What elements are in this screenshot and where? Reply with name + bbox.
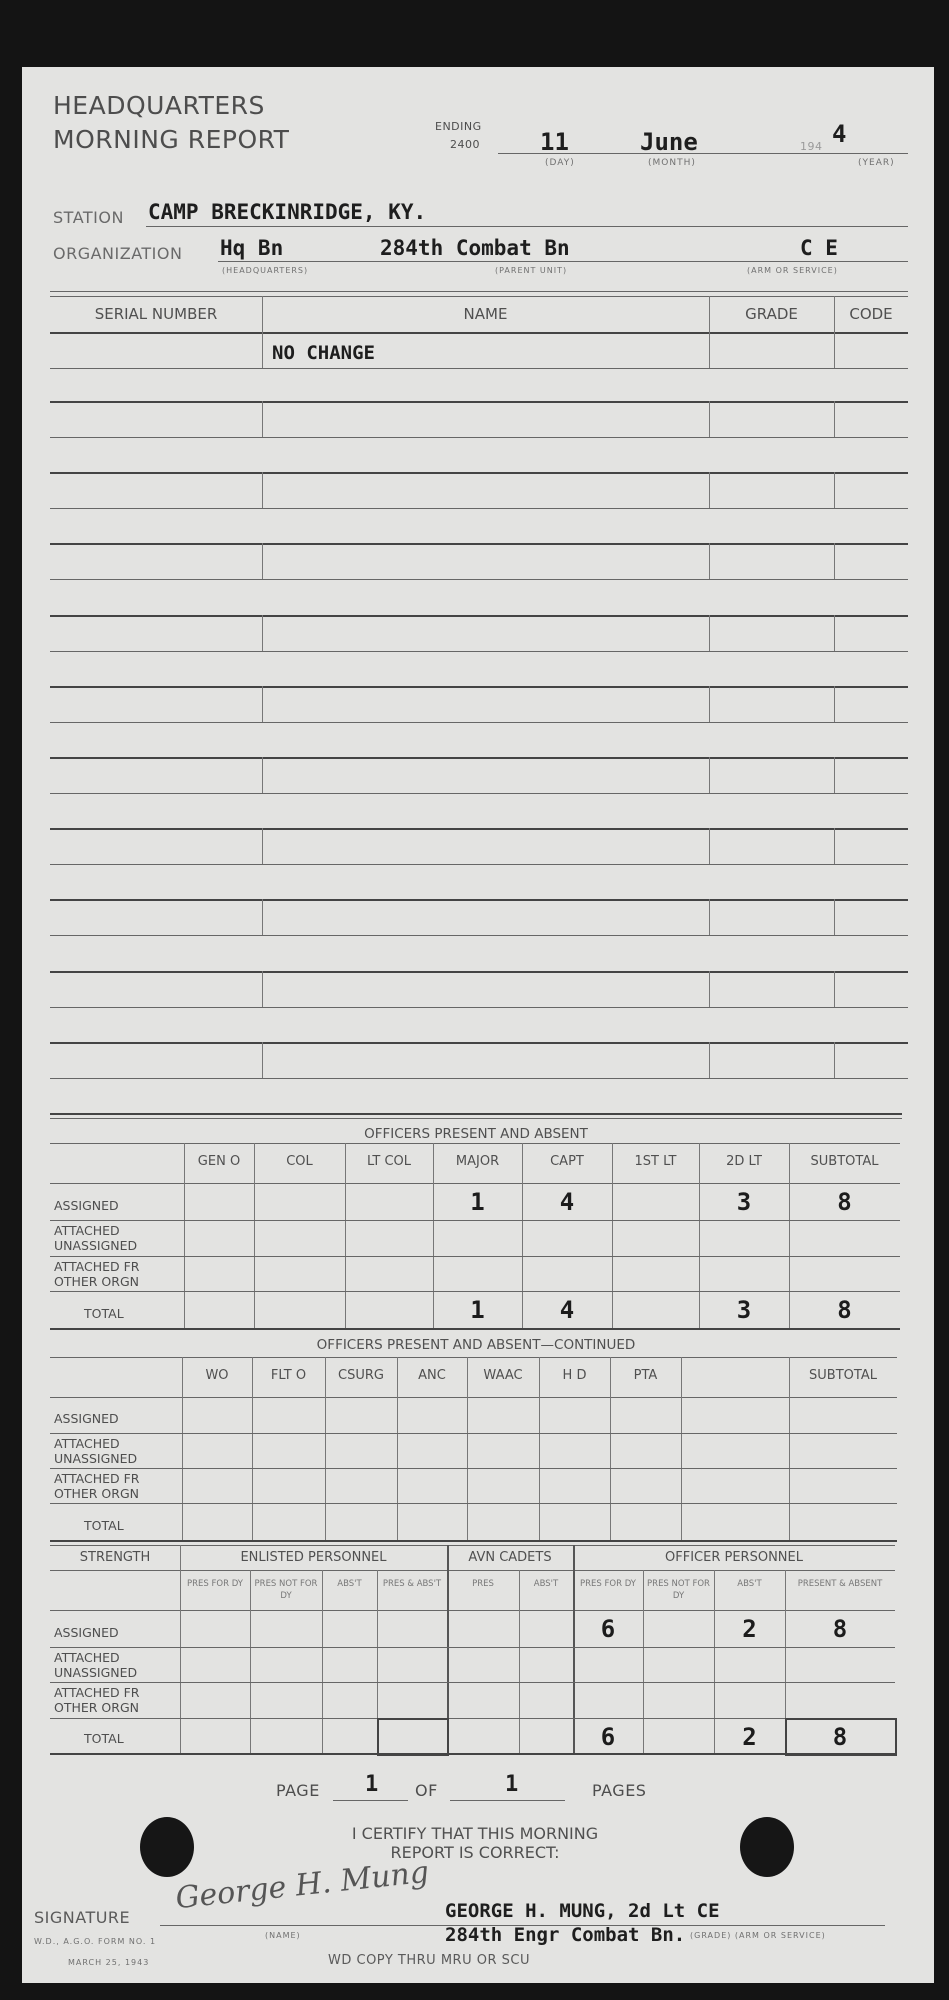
form-title-line1: HEADQUARTERS	[53, 92, 265, 120]
col-divider	[709, 971, 710, 1007]
row-label: ASSIGNED	[54, 1411, 174, 1426]
column-header: MAJOR	[433, 1154, 522, 1169]
enlisted-total-box	[377, 1718, 449, 1756]
col-divider	[262, 543, 263, 579]
signature-label: SIGNATURE	[34, 1908, 130, 1927]
strength-label: STRENGTH	[50, 1550, 180, 1565]
header-bottom-line	[50, 1397, 897, 1398]
col-divider	[262, 472, 263, 508]
report-day: 11	[540, 128, 569, 156]
col-divider	[322, 1570, 323, 1753]
row-line-thin	[50, 437, 908, 438]
row-line	[50, 1682, 895, 1683]
arm-service-caption: (ARM OR SERVICE)	[747, 266, 838, 275]
row-line-thin	[50, 793, 908, 794]
row-line-thick	[50, 899, 908, 901]
row-label: ASSIGNED	[54, 1625, 174, 1640]
col-divider	[262, 757, 263, 793]
row-line	[50, 1468, 897, 1469]
column-header: H D	[539, 1368, 610, 1383]
parent-unit-caption: (PARENT UNIT)	[495, 266, 567, 275]
row-line-thin	[50, 651, 908, 652]
station-underline	[146, 226, 908, 227]
cell-value: 1	[433, 1296, 522, 1324]
ending-label: ENDING	[435, 120, 482, 133]
headquarters-caption: (HEADQUARTERS)	[222, 266, 308, 275]
cell-value: 4	[522, 1188, 612, 1216]
pages-label: PAGES	[592, 1781, 646, 1800]
subcolumn-header: ABS'T	[714, 1578, 785, 1590]
org-parent-unit: 284th Combat Bn	[380, 236, 570, 260]
subcolumn-header: PRES NOT FOR DY	[643, 1578, 714, 1602]
header-bottom-line	[50, 1183, 900, 1184]
page-label: PAGE	[276, 1781, 320, 1800]
name-caption: (NAME)	[265, 1931, 301, 1940]
group-header: OFFICER PERSONNEL	[573, 1550, 895, 1565]
organization-label: ORGANIZATION	[53, 244, 182, 263]
row-line-thick	[50, 543, 908, 545]
column-header: PTA	[610, 1368, 681, 1383]
column-header: FLT O	[252, 1368, 325, 1383]
row-line-thick	[50, 971, 908, 973]
row-line	[50, 1647, 895, 1648]
certify-line2: REPORT IS CORRECT:	[250, 1843, 700, 1862]
cell-value: 1	[433, 1188, 522, 1216]
col-divider	[325, 1357, 326, 1540]
table-top-line	[50, 1545, 895, 1546]
row-line-thick	[50, 401, 908, 403]
table-top-line-2	[50, 296, 908, 297]
subcolumn-header: ABS'T	[519, 1578, 573, 1590]
col-divider	[709, 757, 710, 793]
col-divider	[184, 1143, 185, 1328]
column-header: GEN O	[184, 1154, 254, 1169]
row-label: ATTACHED UNASSIGNED	[54, 1223, 174, 1253]
page-total-underline	[450, 1800, 565, 1801]
row-label: ASSIGNED	[54, 1198, 174, 1213]
col-divider	[834, 757, 835, 793]
row-line-thick	[50, 757, 908, 759]
year-caption: (YEAR)	[858, 158, 895, 168]
col-grade: GRADE	[709, 305, 834, 323]
section-divider-2	[50, 1118, 902, 1119]
row-line	[50, 368, 908, 369]
copy-note: WD COPY THRU MRU OR SCU	[328, 1953, 530, 1968]
col-divider	[834, 333, 835, 368]
col-divider	[252, 1357, 253, 1540]
form-number: W.D., A.G.O. FORM NO. 1	[34, 1937, 156, 1946]
column-header: CSURG	[325, 1368, 397, 1383]
cell-value: 4	[522, 1296, 612, 1324]
row-label: TOTAL	[54, 1306, 204, 1321]
row-line	[50, 1718, 895, 1719]
typed-signer-unit: 284th Engr Combat Bn.	[445, 1924, 685, 1946]
col-divider	[834, 401, 835, 437]
station-label: STATION	[53, 208, 124, 227]
subheader-line	[50, 1610, 895, 1611]
row-label: TOTAL	[54, 1731, 204, 1746]
row-label: ATTACHED UNASSIGNED	[54, 1650, 174, 1680]
cell-value: 3	[699, 1296, 789, 1324]
column-header: CAPT	[522, 1154, 612, 1169]
col-divider	[262, 401, 263, 437]
col-divider	[834, 615, 835, 651]
page-number-underline	[333, 1800, 408, 1801]
month-caption: (MONTH)	[648, 158, 696, 168]
col-divider	[709, 333, 710, 368]
day-caption: (DAY)	[545, 158, 575, 168]
punch-hole-right	[740, 1817, 794, 1877]
page-number: 1	[365, 1772, 378, 1797]
station-value: CAMP BRECKINRIDGE, KY.	[148, 200, 426, 224]
form-date: MARCH 25, 1943	[68, 1958, 149, 1967]
col-divider	[539, 1357, 540, 1540]
col-divider	[610, 1357, 611, 1540]
row-line-thin	[50, 508, 908, 509]
col-divider	[709, 401, 710, 437]
group-header-line	[50, 1570, 895, 1571]
certify-line1: I CERTIFY THAT THIS MORNING	[250, 1824, 700, 1843]
form-title-line2: MORNING REPORT	[53, 126, 289, 154]
col-divider	[262, 686, 263, 722]
officer-total-box	[785, 1718, 897, 1756]
col-divider	[612, 1143, 613, 1328]
row-line-thin	[50, 864, 908, 865]
cell-value: 6	[573, 1615, 643, 1643]
page-total: 1	[505, 1772, 518, 1797]
row-line-thin	[50, 579, 908, 580]
of-label: OF	[415, 1781, 438, 1800]
row-label: ATTACHED FR OTHER ORGN	[54, 1259, 174, 1289]
cell-value: 2	[714, 1723, 785, 1751]
roster-entry-name: NO CHANGE	[272, 342, 375, 364]
officers-title: OFFICERS PRESENT AND ABSENT	[50, 1126, 902, 1142]
cell-value: 8	[785, 1615, 895, 1643]
column-header: 1ST LT	[612, 1154, 699, 1169]
col-divider	[182, 1357, 183, 1540]
subcolumn-header: PRESENT & ABSENT	[785, 1578, 895, 1590]
row-line	[50, 1328, 900, 1330]
col-divider	[834, 971, 835, 1007]
row-line-thin	[50, 935, 908, 936]
col-divider	[254, 1143, 255, 1328]
column-header: LT COL	[345, 1154, 433, 1169]
subcolumn-header: PRES & ABS'T	[377, 1578, 447, 1590]
col-divider	[834, 686, 835, 722]
row-line-thin	[50, 1078, 908, 1079]
header-bottom-line	[50, 332, 908, 334]
row-line-thin	[50, 722, 908, 723]
col-serial-number: SERIAL NUMBER	[50, 305, 262, 323]
cell-value: 2	[714, 1615, 785, 1643]
grade-arm-caption: (GRADE) (ARM OR SERVICE)	[690, 1931, 826, 1940]
col-divider	[709, 615, 710, 651]
row-line-thick	[50, 828, 908, 830]
col-divider	[262, 333, 263, 368]
column-header: WO	[182, 1368, 252, 1383]
typed-signer-name: GEORGE H. MUNG, 2d Lt CE	[445, 1900, 720, 1922]
group-header: AVN CADETS	[447, 1550, 573, 1565]
col-name: NAME	[262, 305, 709, 323]
col-divider	[262, 971, 263, 1007]
cell-value: 6	[573, 1723, 643, 1751]
col-divider	[262, 615, 263, 651]
row-line	[50, 1503, 897, 1504]
col-divider	[834, 1042, 835, 1078]
row-line	[50, 1540, 897, 1542]
cell-value: 8	[789, 1296, 900, 1324]
group-header: ENLISTED PERSONNEL	[180, 1550, 447, 1565]
row-line-thick	[50, 615, 908, 617]
col-divider	[467, 1357, 468, 1540]
col-divider	[709, 543, 710, 579]
col-divider	[834, 828, 835, 864]
row-line-thin	[50, 1007, 908, 1008]
col-divider	[834, 543, 835, 579]
row-line	[50, 1433, 897, 1434]
col-divider	[709, 686, 710, 722]
row-label: ATTACHED FR OTHER ORGN	[54, 1685, 174, 1715]
row-line-thick	[50, 472, 908, 474]
col-divider	[789, 1357, 790, 1540]
row-line	[50, 1256, 900, 1257]
row-line-thick	[50, 1042, 908, 1044]
col-divider	[834, 472, 835, 508]
col-divider	[709, 1042, 710, 1078]
column-header: SUBTOTAL	[789, 1368, 897, 1383]
col-divider	[834, 899, 835, 935]
report-year-digit: 4	[832, 120, 846, 148]
year-prefix: 194	[800, 140, 823, 153]
col-divider	[345, 1143, 346, 1328]
row-label: TOTAL	[54, 1518, 204, 1533]
column-header: 2D LT	[699, 1154, 789, 1169]
section-divider	[50, 1113, 902, 1115]
punch-hole-left	[140, 1817, 194, 1877]
cell-value: 8	[789, 1188, 900, 1216]
col-divider	[180, 1545, 181, 1753]
org-arm-service: C E	[800, 236, 838, 260]
table-top-line	[50, 1143, 900, 1144]
row-label: ATTACHED UNASSIGNED	[54, 1436, 174, 1466]
row-line-thick	[50, 686, 908, 688]
row-line	[50, 1220, 900, 1221]
table-top-line	[50, 1357, 897, 1358]
col-divider	[573, 1545, 575, 1753]
col-divider	[709, 899, 710, 935]
subcolumn-header: PRES NOT FOR DY	[250, 1578, 322, 1602]
col-divider	[262, 1042, 263, 1078]
cell-value: 3	[699, 1188, 789, 1216]
ending-time-label: 2400	[450, 138, 480, 151]
column-header: ANC	[397, 1368, 467, 1383]
col-divider	[262, 899, 263, 935]
col-divider	[262, 828, 263, 864]
col-divider	[709, 472, 710, 508]
subcolumn-header: PRES FOR DY	[180, 1578, 250, 1590]
col-divider	[709, 828, 710, 864]
column-header: SUBTOTAL	[789, 1154, 900, 1169]
row-label: ATTACHED FR OTHER ORGN	[54, 1471, 174, 1501]
column-header: WAAC	[467, 1368, 539, 1383]
column-header: COL	[254, 1154, 345, 1169]
row-line	[50, 1753, 895, 1755]
org-headquarters: Hq Bn	[220, 236, 283, 260]
row-line	[50, 1291, 900, 1292]
officers-continued-title: OFFICERS PRESENT AND ABSENT—CONTINUED	[50, 1337, 902, 1353]
organization-underline	[218, 261, 908, 262]
col-code: CODE	[834, 305, 908, 323]
table-top-line	[50, 291, 908, 292]
col-divider	[519, 1570, 520, 1753]
col-divider	[397, 1357, 398, 1540]
subcolumn-header: PRES	[447, 1578, 519, 1590]
report-month: June	[640, 128, 698, 156]
subcolumn-header: PRES FOR DY	[573, 1578, 643, 1590]
col-divider	[681, 1357, 682, 1540]
subcolumn-header: ABS'T	[322, 1578, 377, 1590]
